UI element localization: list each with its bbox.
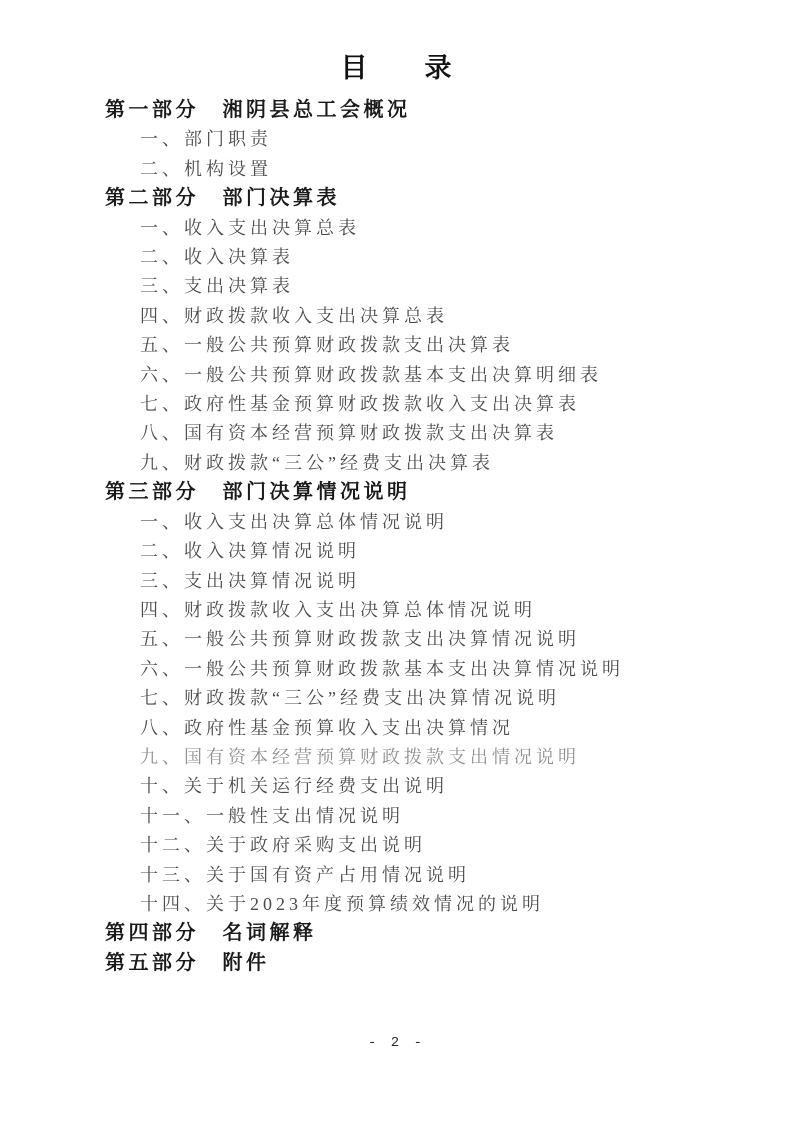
toc-section-heading-part4: 第四部分 名词解释 <box>105 919 773 948</box>
toc-section-heading-part5: 第五部分 附件 <box>105 949 773 978</box>
toc-item: 一、收入支出决算总表 <box>105 214 773 243</box>
toc-section-heading-part1: 第一部分 湘阴县总工会概况 <box>105 96 773 125</box>
toc-item: 三、支出决算表 <box>105 272 773 301</box>
toc-item: 十、关于机关运行经费支出说明 <box>105 772 773 801</box>
toc-item: 三、支出决算情况说明 <box>105 567 773 596</box>
toc-item: 二、收入决算情况说明 <box>105 537 773 566</box>
toc-item: 十一、一般性支出情况说明 <box>105 802 773 831</box>
toc-item: 十二、关于政府采购支出说明 <box>105 831 773 860</box>
toc-item: 一、收入支出决算总体情况说明 <box>105 508 773 537</box>
toc-item: 十四、关于2023年度预算绩效情况的说明 <box>105 890 773 919</box>
toc-item: 二、收入决算表 <box>105 243 773 272</box>
page-title: 目 录 <box>0 52 793 84</box>
toc-item: 一、部门职责 <box>105 125 773 154</box>
toc-section-heading-part2: 第二部分 部门决算表 <box>105 184 773 213</box>
toc-item: 九、财政拨款“三公”经费支出决算表 <box>105 449 773 478</box>
toc-section-heading-part3: 第三部分 部门决算情况说明 <box>105 478 773 507</box>
toc-item: 八、政府性基金预算收入支出决算情况 <box>105 714 773 743</box>
toc-item: 二、机构设置 <box>105 155 773 184</box>
toc-item: 五、一般公共预算财政拨款支出决算情况说明 <box>105 625 773 654</box>
toc-item: 六、一般公共预算财政拨款基本支出决算情况说明 <box>105 655 773 684</box>
toc-item: 四、财政拨款收入支出决算总表 <box>105 302 773 331</box>
toc-item: 八、国有资本经营预算财政拨款支出决算表 <box>105 419 773 448</box>
toc-item: 六、一般公共预算财政拨款基本支出决算明细表 <box>105 361 773 390</box>
toc-item: 四、财政拨款收入支出决算总体情况说明 <box>105 596 773 625</box>
page-number: - 2 - <box>0 1035 793 1051</box>
toc-item: 五、一般公共预算财政拨款支出决算表 <box>105 331 773 360</box>
toc-item: 十三、关于国有资产占用情况说明 <box>105 861 773 890</box>
document-page: 目 录 第一部分 湘阴县总工会概况 一、部门职责 二、机构设置 第二部分 部门决… <box>0 0 793 1122</box>
toc-item: 七、政府性基金预算财政拨款收入支出决算表 <box>105 390 773 419</box>
table-of-contents: 第一部分 湘阴县总工会概况 一、部门职责 二、机构设置 第二部分 部门决算表 一… <box>105 96 773 978</box>
toc-item: 七、财政拨款“三公”经费支出决算情况说明 <box>105 684 773 713</box>
toc-item: 九、国有资本经营预算财政拨款支出情况说明 <box>105 743 773 772</box>
